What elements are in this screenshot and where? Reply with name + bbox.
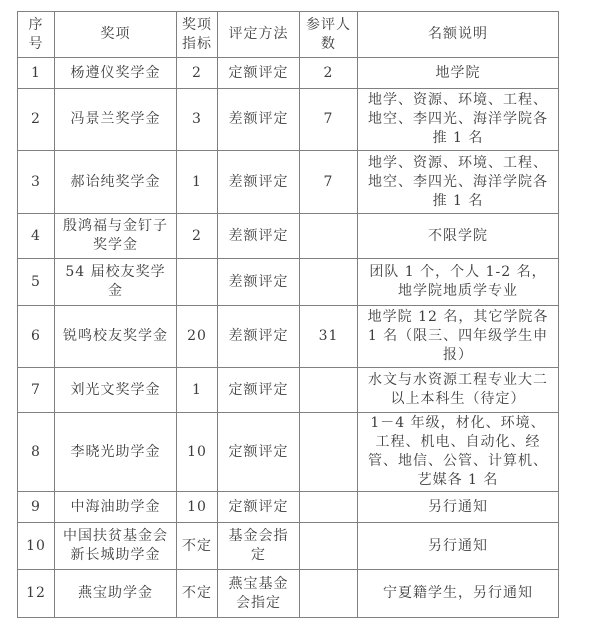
cell-quota-description: 1－4 年级，材化、环境、工程、机电、自动化、经管、地信、公管、计算机、艺媒各 … (358, 413, 559, 492)
cell-award-name: 中国扶贫基金会新长城助学金 (55, 523, 177, 570)
cell-evaluation-method: 定额评定 (218, 368, 300, 413)
cell-quota-description: 地学、资源、环境、工程、地空、李四光、海洋学院各推 1 名 (358, 89, 559, 151)
cell-participant-count (300, 259, 358, 306)
column-header-serial-number: 序号 (18, 12, 55, 58)
table-row: 5 54 届校友奖学金 差额评定 团队 1 个，个人 1-2 名，地学院地质学专… (18, 259, 559, 306)
cell-participant-count: 7 (300, 89, 358, 151)
cell-serial-number: 7 (18, 368, 55, 413)
cell-award-name: 刘光文奖学金 (55, 368, 177, 413)
cell-award-quota: 1 (177, 368, 218, 413)
cell-quota-description: 不限学院 (358, 214, 559, 259)
table-row: 7 刘光文奖学金 1 定额评定 水文与水资源工程专业大二以上本科生（待定） (18, 368, 559, 413)
column-header-participant-count: 参评人数 (300, 12, 358, 58)
cell-evaluation-method: 定额评定 (218, 492, 300, 523)
cell-participant-count (300, 413, 358, 492)
cell-award-quota: 1 (177, 151, 218, 214)
cell-award-name: 锐鸣校友奖学金 (55, 306, 177, 368)
table-row: 12 燕宝助学金 不定 燕宝基金会指定 宁夏籍学生，另行通知 (18, 570, 559, 618)
cell-participant-count (300, 570, 358, 618)
cell-award-name: 冯景兰奖学金 (55, 89, 177, 151)
cell-serial-number: 9 (18, 492, 55, 523)
cell-serial-number: 6 (18, 306, 55, 368)
table-row: 6 锐鸣校友奖学金 20 差额评定 31 地学院 12 名，其它学院各 1 名（… (18, 306, 559, 368)
cell-award-name: 郝诒纯奖学金 (55, 151, 177, 214)
table-row: 3 郝诒纯奖学金 1 差额评定 7 地学、资源、环境、工程、地空、李四光、海洋学… (18, 151, 559, 214)
cell-award-quota: 不定 (177, 523, 218, 570)
cell-award-name: 李晓光助学金 (55, 413, 177, 492)
cell-serial-number: 3 (18, 151, 55, 214)
cell-serial-number: 4 (18, 214, 55, 259)
cell-participant-count (300, 523, 358, 570)
cell-participant-count: 7 (300, 151, 358, 214)
cell-award-quota: 3 (177, 89, 218, 151)
cell-award-name: 杨遵仪奖学金 (55, 58, 177, 89)
cell-quota-description: 地学院 12 名，其它学院各 1 名（限三、四年级学生申报） (358, 306, 559, 368)
cell-award-name: 殷鸿福与金钉子奖学金 (55, 214, 177, 259)
document-page: 序号 奖项 奖项指标 评定方法 参评人数 名额说明 1 杨遵仪奖学金 2 定额评… (0, 0, 608, 630)
cell-participant-count: 31 (300, 306, 358, 368)
cell-award-quota: 2 (177, 214, 218, 259)
cell-quota-description: 地学、资源、环境、工程、地空、李四光、海洋学院各推 1 名 (358, 151, 559, 214)
cell-quota-description: 水文与水资源工程专业大二以上本科生（待定） (358, 368, 559, 413)
cell-quota-description: 地学院 (358, 58, 559, 89)
cell-quota-description: 团队 1 个，个人 1-2 名，地学院地质学专业 (358, 259, 559, 306)
cell-serial-number: 12 (18, 570, 55, 618)
column-header-award-quota: 奖项指标 (177, 12, 218, 58)
cell-participant-count (300, 492, 358, 523)
cell-award-name: 中海油助学金 (55, 492, 177, 523)
cell-evaluation-method: 定额评定 (218, 58, 300, 89)
cell-participant-count: 2 (300, 58, 358, 89)
cell-evaluation-method: 差额评定 (218, 306, 300, 368)
cell-award-quota: 10 (177, 413, 218, 492)
cell-evaluation-method: 差额评定 (218, 89, 300, 151)
cell-participant-count (300, 214, 358, 259)
table-row: 8 李晓光助学金 10 定额评定 1－4 年级，材化、环境、工程、机电、自动化、… (18, 413, 559, 492)
cell-serial-number: 10 (18, 523, 55, 570)
table-row: 1 杨遵仪奖学金 2 定额评定 2 地学院 (18, 58, 559, 89)
cell-evaluation-method: 燕宝基金会指定 (218, 570, 300, 618)
cell-quota-description: 宁夏籍学生，另行通知 (358, 570, 559, 618)
column-header-award: 奖项 (55, 12, 177, 58)
cell-award-quota: 10 (177, 492, 218, 523)
cell-evaluation-method: 基金会指定 (218, 523, 300, 570)
cell-award-quota: 2 (177, 58, 218, 89)
cell-award-name: 54 届校友奖学金 (55, 259, 177, 306)
table-header: 序号 奖项 奖项指标 评定方法 参评人数 名额说明 (18, 12, 559, 58)
table-row: 9 中海油助学金 10 定额评定 另行通知 (18, 492, 559, 523)
cell-serial-number: 5 (18, 259, 55, 306)
cell-award-name: 燕宝助学金 (55, 570, 177, 618)
cell-participant-count (300, 368, 358, 413)
column-header-quota-description: 名额说明 (358, 12, 559, 58)
column-header-evaluation-method: 评定方法 (218, 12, 300, 58)
cell-evaluation-method: 差额评定 (218, 259, 300, 306)
cell-evaluation-method: 定额评定 (218, 413, 300, 492)
cell-serial-number: 8 (18, 413, 55, 492)
cell-evaluation-method: 差额评定 (218, 214, 300, 259)
cell-serial-number: 1 (18, 58, 55, 89)
cell-award-quota (177, 259, 218, 306)
table-row: 2 冯景兰奖学金 3 差额评定 7 地学、资源、环境、工程、地空、李四光、海洋学… (18, 89, 559, 151)
scholarship-awards-table: 序号 奖项 奖项指标 评定方法 参评人数 名额说明 1 杨遵仪奖学金 2 定额评… (17, 11, 559, 618)
cell-award-quota: 不定 (177, 570, 218, 618)
cell-quota-description: 另行通知 (358, 523, 559, 570)
cell-evaluation-method: 差额评定 (218, 151, 300, 214)
cell-award-quota: 20 (177, 306, 218, 368)
table-body: 1 杨遵仪奖学金 2 定额评定 2 地学院 2 冯景兰奖学金 3 差额评定 7 … (18, 58, 559, 618)
cell-serial-number: 2 (18, 89, 55, 151)
table-row: 10 中国扶贫基金会新长城助学金 不定 基金会指定 另行通知 (18, 523, 559, 570)
table-row: 4 殷鸿福与金钉子奖学金 2 差额评定 不限学院 (18, 214, 559, 259)
header-row: 序号 奖项 奖项指标 评定方法 参评人数 名额说明 (18, 12, 559, 58)
cell-quota-description: 另行通知 (358, 492, 559, 523)
